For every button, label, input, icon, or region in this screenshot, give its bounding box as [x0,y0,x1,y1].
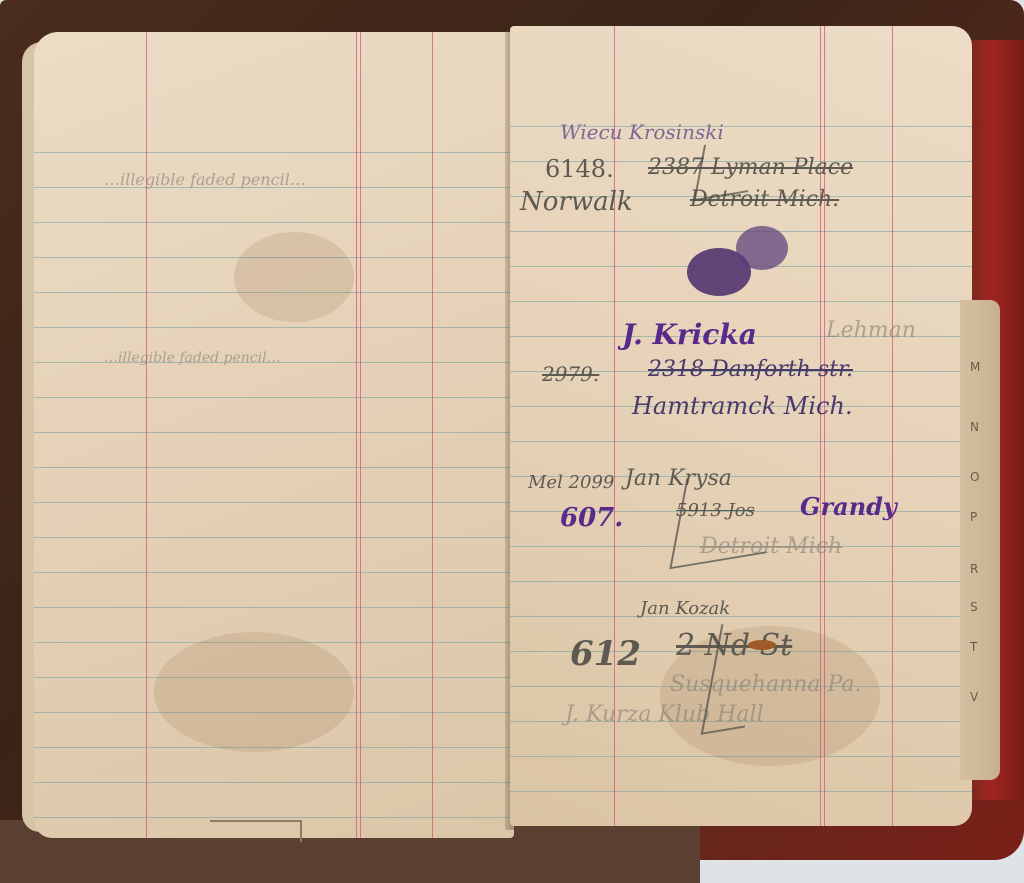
entry2-name: J. Kricka [622,318,757,351]
rule-line [34,572,514,573]
margin-line [356,32,357,838]
index-tab[interactable]: O [970,470,979,484]
rule-line [510,441,972,442]
rule-line [34,467,514,468]
margin-line [432,32,433,838]
rule-line [34,817,514,818]
entry2-city: Hamtramck Mich. [632,392,853,420]
rule-line [510,791,972,792]
rule-line [34,327,514,328]
faded-handwriting: …illegible faded pencil… [104,350,281,366]
entry1-number: 6148. [545,155,614,183]
margin-line [146,32,147,838]
rule-line [34,607,514,608]
alphabet-index-tabs: M N O P R S T V [960,300,1000,780]
rule-line [34,782,514,783]
entry1-name: Wiecu Krosinski [560,120,724,144]
index-tab[interactable]: T [970,640,977,654]
entry2-name-suffix: Lehman [826,318,916,343]
rule-line [34,222,514,223]
page-tear [210,820,302,842]
rule-line [34,502,514,503]
index-tab[interactable]: M [970,360,980,374]
margin-line [360,32,361,838]
index-tab[interactable]: V [970,690,978,704]
entry4-name: Jan Kozak [640,598,730,619]
faded-handwriting: …illegible faded pencil… [104,170,306,189]
rule-line [510,616,972,617]
entry3-number: 607. [560,503,623,533]
entry2-address: 2318 Danforth str. [648,357,853,382]
rust-spot [748,640,776,650]
entry3-street: Grandy [800,492,897,521]
rule-line [34,432,514,433]
entry4-number: 612 [570,634,641,674]
rule-line [510,581,972,582]
margin-line [892,26,893,826]
entry2-struck-number: 2979. [542,362,599,386]
index-tab[interactable]: S [970,600,978,614]
entry1-city: Norwalk [520,187,633,217]
ink-blot [684,220,794,300]
index-tab[interactable]: P [970,510,977,524]
stain [234,232,354,322]
rule-line [34,537,514,538]
index-tab[interactable]: N [970,420,979,434]
rule-line [34,397,514,398]
rule-line [34,152,514,153]
rule-line [510,301,972,302]
left-page: …illegible faded pencil… …illegible fade… [34,32,514,838]
stain [154,632,354,752]
check-mark [669,463,782,570]
index-tab[interactable]: R [970,562,978,576]
entry4-city: Susquehanna Pa. [670,672,861,697]
entry3-prefix: Mel 2099 [528,472,614,493]
